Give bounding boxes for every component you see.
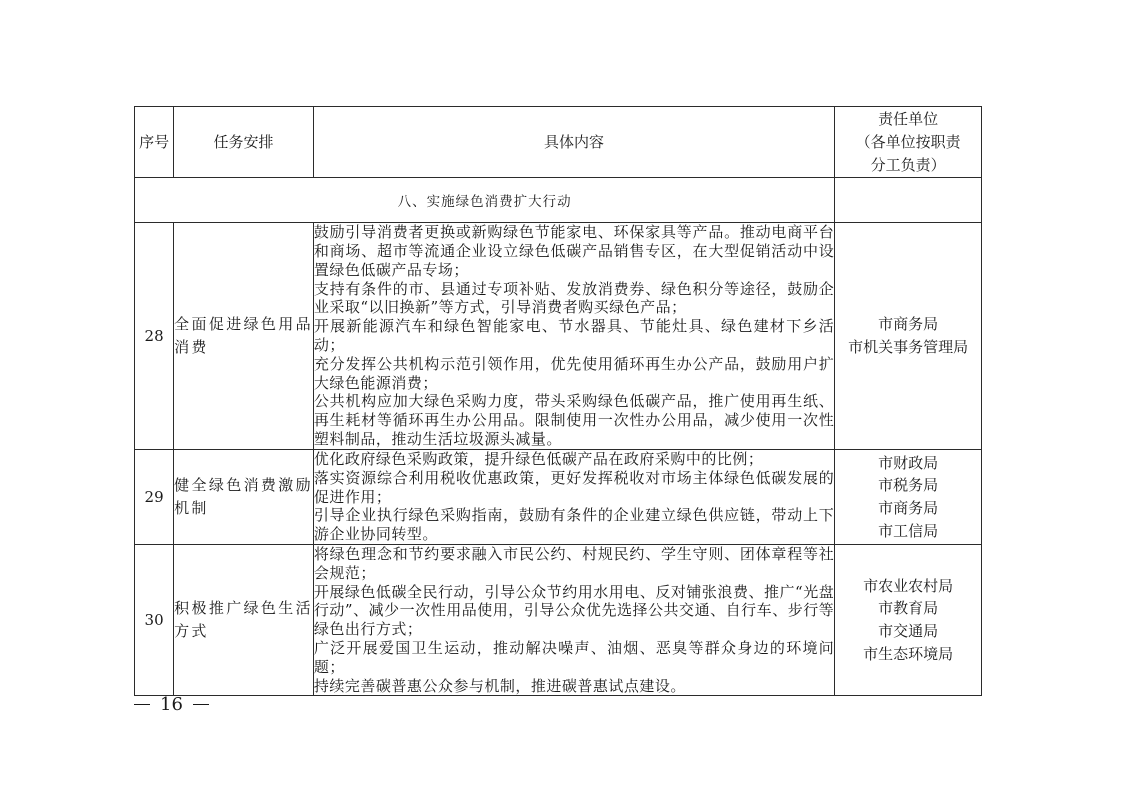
task-name: 全面促进绿色用品消费 xyxy=(174,223,314,450)
section-unit-cell xyxy=(835,178,982,223)
content-paragraph: 公共机构应加大绿色采购力度，带头采购绿色低碳产品，推广使用再生纸、再生耗材等循环… xyxy=(314,392,834,448)
task-content: 鼓励引导消费者更换或新购绿色节能家电、环保家具等产品。推动电商平台和商场、超市等… xyxy=(313,223,834,450)
unit-name: 市财政局 xyxy=(835,452,981,475)
content-paragraph: 充分发挥公共机构示范引领作用，优先使用循环再生办公产品，鼓励用户扩大绿色能源消费… xyxy=(314,355,834,393)
content-paragraph: 引导企业执行绿色采购指南，鼓励有条件的企业建立绿色供应链，带动上下游企业协同转型… xyxy=(314,506,834,544)
unit-name: 市工信局 xyxy=(835,520,981,543)
content-paragraph: 鼓励引导消费者更换或新购绿色节能家电、环保家具等产品。推动电商平台和商场、超市等… xyxy=(314,223,834,279)
unit-name: 市商务局 xyxy=(835,313,981,336)
row-number: 28 xyxy=(135,223,174,450)
unit-name: 市商务局 xyxy=(835,497,981,520)
content-paragraph: 将绿色理念和节约要求融入市民公约、村规民约、学生守则、团体章程等社会规范； xyxy=(314,545,834,583)
section-title: 八、实施绿色消费扩大行动 xyxy=(135,178,835,223)
unit-name: 市教育局 xyxy=(835,597,981,620)
page-footer: 16 xyxy=(134,694,209,715)
task-name: 积极推广绿色生活方式 xyxy=(174,544,314,695)
unit-name: 市交通局 xyxy=(835,620,981,643)
unit-name: 市农业农村局 xyxy=(835,575,981,598)
section-row: 八、实施绿色消费扩大行动 xyxy=(135,178,982,223)
header-unit-line: （各单位按职责 xyxy=(835,131,981,154)
row-number: 30 xyxy=(135,544,174,695)
header-task: 任务安排 xyxy=(174,107,314,178)
task-table: 序号 任务安排 具体内容 责任单位 （各单位按职责 分工负责） 八、实施绿色消费… xyxy=(134,106,982,696)
header-unit: 责任单位 （各单位按职责 分工负责） xyxy=(835,107,982,178)
responsible-units: 市财政局 市税务局 市商务局 市工信局 xyxy=(835,450,982,545)
row-number: 29 xyxy=(135,450,174,545)
table-row: 28 全面促进绿色用品消费 鼓励引导消费者更换或新购绿色节能家电、环保家具等产品… xyxy=(135,223,982,450)
responsible-units: 市商务局 市机关事务管理局 xyxy=(835,223,982,450)
header-unit-line: 责任单位 xyxy=(835,108,981,131)
header-content: 具体内容 xyxy=(313,107,834,178)
unit-name: 市税务局 xyxy=(835,474,981,497)
table-row: 29 健全绿色消费激励机制 优化政府绿色采购政策，提升绿色低碳产品在政府采购中的… xyxy=(135,450,982,545)
content-paragraph: 开展绿色低碳全民行动，引导公众节约用水用电、反对铺张浪费、推广“光盘行动”、减少… xyxy=(314,583,834,639)
responsible-units: 市农业农村局 市教育局 市交通局 市生态环境局 xyxy=(835,544,982,695)
content-paragraph: 支持有条件的市、县通过专项补贴、发放消费券、绿色积分等途径，鼓励企业采取“以旧换… xyxy=(314,280,834,318)
content-paragraph: 优化政府绿色采购政策，提升绿色低碳产品在政府采购中的比例； xyxy=(314,450,834,469)
task-content: 优化政府绿色采购政策，提升绿色低碳产品在政府采购中的比例； 落实资源综合利用税收… xyxy=(313,450,834,545)
table-row: 30 积极推广绿色生活方式 将绿色理念和节约要求融入市民公约、村规民约、学生守则… xyxy=(135,544,982,695)
content-paragraph: 落实资源综合利用税收优惠政策，更好发挥税收对市场主体绿色低碳发展的促进作用； xyxy=(314,469,834,507)
dash-right xyxy=(193,704,209,706)
task-name: 健全绿色消费激励机制 xyxy=(174,450,314,545)
unit-name: 市机关事务管理局 xyxy=(835,336,981,359)
header-no: 序号 xyxy=(135,107,174,178)
page-number: 16 xyxy=(160,694,183,715)
content-paragraph: 广泛开展爱国卫生运动，推动解决噪声、油烟、恶臭等群众身边的环境问题； xyxy=(314,639,834,677)
dash-left xyxy=(134,704,150,706)
unit-name: 市生态环境局 xyxy=(835,643,981,666)
table-header-row: 序号 任务安排 具体内容 责任单位 （各单位按职责 分工负责） xyxy=(135,107,982,178)
header-unit-line: 分工负责） xyxy=(835,154,981,177)
content-paragraph: 开展新能源汽车和绿色智能家电、节水器具、节能灶具、绿色建材下乡活动； xyxy=(314,317,834,355)
task-content: 将绿色理念和节约要求融入市民公约、村规民约、学生守则、团体章程等社会规范； 开展… xyxy=(313,544,834,695)
content-paragraph: 持续完善碳普惠公众参与机制，推进碳普惠试点建设。 xyxy=(314,677,834,696)
